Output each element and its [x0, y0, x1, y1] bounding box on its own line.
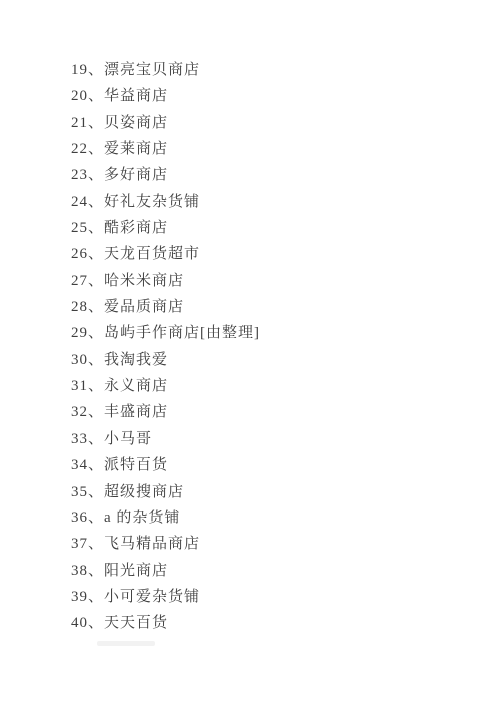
item-number: 21	[71, 115, 88, 131]
list-item: 40、天天百货	[71, 610, 260, 636]
item-separator: 、	[88, 115, 104, 131]
list-item: 32、丰盛商店	[71, 399, 260, 425]
list-item: 24、好礼友杂货铺	[71, 189, 260, 215]
item-number: 33	[71, 431, 88, 447]
shop-name: 永义商店	[104, 378, 168, 394]
list-item: 30、我淘我爱	[71, 347, 260, 373]
item-number: 30	[71, 352, 88, 368]
shop-name: 爱品质商店	[104, 299, 184, 315]
item-number: 29	[71, 325, 88, 341]
item-number: 27	[71, 273, 88, 289]
list-item: 19、漂亮宝贝商店	[71, 57, 260, 83]
list-item: 26、天龙百货超市	[71, 241, 260, 267]
list-item: 25、酷彩商店	[71, 215, 260, 241]
item-number: 22	[71, 141, 88, 157]
document-page: 19、漂亮宝贝商店 20、华益商店 21、贝姿商店 22、爱莱商店 23、多好商…	[0, 0, 500, 708]
item-separator: 、	[88, 220, 104, 236]
item-separator: 、	[88, 167, 104, 183]
item-separator: 、	[88, 378, 104, 394]
list-item: 34、派特百货	[71, 452, 260, 478]
list-item: 20、华益商店	[71, 83, 260, 109]
item-separator: 、	[88, 510, 104, 526]
item-separator: 、	[88, 141, 104, 157]
shop-name: 好礼友杂货铺	[104, 194, 200, 210]
item-separator: 、	[88, 299, 104, 315]
item-number: 31	[71, 378, 88, 394]
shop-name: 小马哥	[104, 431, 152, 447]
shop-name: 漂亮宝贝商店	[104, 62, 200, 78]
item-number: 19	[71, 62, 88, 78]
item-separator: 、	[88, 563, 104, 579]
shop-name: 多好商店	[104, 167, 168, 183]
item-number: 32	[71, 404, 88, 420]
item-number: 39	[71, 589, 88, 605]
item-separator: 、	[88, 246, 104, 262]
item-number: 36	[71, 510, 88, 526]
item-number: 23	[71, 167, 88, 183]
list-item: 31、永义商店	[71, 373, 260, 399]
item-number: 20	[71, 88, 88, 104]
item-separator: 、	[88, 88, 104, 104]
item-separator: 、	[88, 431, 104, 447]
item-separator: 、	[88, 352, 104, 368]
list-item: 33、小马哥	[71, 426, 260, 452]
shop-name-list: 19、漂亮宝贝商店 20、华益商店 21、贝姿商店 22、爱莱商店 23、多好商…	[71, 57, 260, 637]
item-number: 40	[71, 615, 88, 631]
item-separator: 、	[88, 484, 104, 500]
list-item: 35、超级搜商店	[71, 479, 260, 505]
list-item: 37、飞马精品商店	[71, 531, 260, 557]
scan-artifact	[97, 641, 155, 646]
item-separator: 、	[88, 404, 104, 420]
shop-name: a 的杂货铺	[104, 510, 180, 526]
shop-name: 我淘我爱	[104, 352, 168, 368]
list-item: 39、小可爱杂货铺	[71, 584, 260, 610]
item-number: 26	[71, 246, 88, 262]
item-number: 25	[71, 220, 88, 236]
shop-name: 派特百货	[104, 457, 168, 473]
item-number: 38	[71, 563, 88, 579]
item-separator: 、	[88, 536, 104, 552]
item-separator: 、	[88, 325, 104, 341]
item-separator: 、	[88, 194, 104, 210]
shop-name: 小可爱杂货铺	[104, 589, 200, 605]
item-separator: 、	[88, 273, 104, 289]
list-item: 38、阳光商店	[71, 558, 260, 584]
shop-name: 华益商店	[104, 88, 168, 104]
shop-name: 岛屿手作商店[由整理]	[104, 325, 260, 341]
shop-name: 酷彩商店	[104, 220, 168, 236]
item-number: 35	[71, 484, 88, 500]
shop-name: 贝姿商店	[104, 115, 168, 131]
shop-name: 天天百货	[104, 615, 168, 631]
item-separator: 、	[88, 615, 104, 631]
list-item: 21、贝姿商店	[71, 110, 260, 136]
item-separator: 、	[88, 457, 104, 473]
item-separator: 、	[88, 589, 104, 605]
item-number: 34	[71, 457, 88, 473]
shop-name: 哈米米商店	[104, 273, 184, 289]
shop-name: 阳光商店	[104, 563, 168, 579]
item-number: 37	[71, 536, 88, 552]
shop-name: 爱莱商店	[104, 141, 168, 157]
shop-name: 丰盛商店	[104, 404, 168, 420]
list-item: 36、a 的杂货铺	[71, 505, 260, 531]
list-item: 29、岛屿手作商店[由整理]	[71, 320, 260, 346]
list-item: 28、爱品质商店	[71, 294, 260, 320]
list-item: 27、哈米米商店	[71, 268, 260, 294]
shop-name: 超级搜商店	[104, 484, 184, 500]
item-number: 24	[71, 194, 88, 210]
item-separator: 、	[88, 62, 104, 78]
item-number: 28	[71, 299, 88, 315]
shop-name: 飞马精品商店	[104, 536, 200, 552]
list-item: 23、多好商店	[71, 162, 260, 188]
list-item: 22、爱莱商店	[71, 136, 260, 162]
shop-name: 天龙百货超市	[104, 246, 200, 262]
